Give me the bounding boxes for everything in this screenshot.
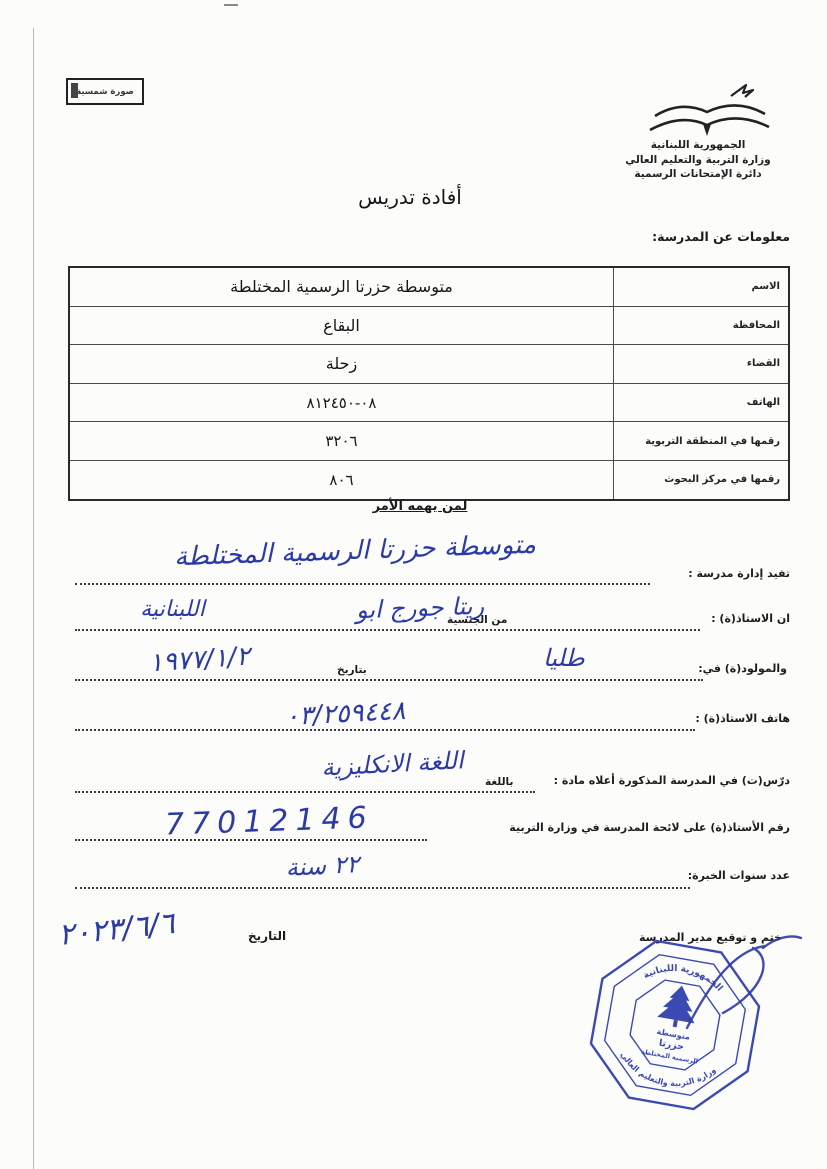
ministry-book-logo-icon [645,80,773,142]
handwritten-nationality: اللبنانية [105,597,240,622]
scan-artifact-dash [224,4,238,6]
table-row: القضاء زحلة [69,345,789,384]
handwritten-experience: ٢٢ سنة [214,846,430,885]
row-label-edu-zone-number: رقمها في المنطقة التربوية [614,422,790,461]
photo-box-label: صورة شمسية [76,87,134,97]
row-value-governorate: البقاع [69,306,614,345]
born-label: والمولود(ة) في: [698,662,787,675]
scanned-teaching-certificate: صورة شمسية الجمهورية اللبنانية وزارة الت… [0,0,827,1169]
handwritten-school-name: متوسطة حزرتا الرسمية المختلطة [150,529,561,573]
teacher-number-label: رقم الأستاذ(ة) على لائحة المدرسة في وزار… [509,821,790,834]
dotted-line [75,729,695,731]
logo-book-upper-curve [655,105,765,116]
date-label: التاريخ [248,929,286,943]
dotted-line [75,583,650,585]
concern-heading: لمن يهمه الأمر [325,499,515,514]
table-row: الهاتف ٠٨-٨١٢٤٥٠ [69,383,789,422]
scan-artifact-line [33,28,34,1169]
school-admin-label: تفيد إدارة مدرسة : [688,567,790,580]
table-row: رقمها في مركز البحوث ٨٠٦ [69,460,789,499]
school-info-table: الاسم متوسطة حزرتا الرسمية المختلطة المح… [68,266,790,501]
handwritten-teacher-number: 77012146 [164,800,374,842]
row-value-phone: ٠٨-٨١٢٤٥٠ [69,383,614,422]
header-line-ministry: وزارة التربية والتعليم العالي [598,153,798,168]
ministry-header: الجمهورية اللبنانية وزارة التربية والتعل… [598,138,798,182]
school-info-section-label: معلومات عن المدرسة: [652,229,790,244]
table-row: المحافظة البقاع [69,306,789,345]
photo-placeholder-box: صورة شمسية [66,78,144,105]
row-value-research-center-number: ٨٠٦ [69,460,614,499]
handwritten-phone: ٠٣/٢٥٩٤٤٨ [284,696,406,732]
row-label-governorate: المحافظة [614,306,790,345]
table-row: الاسم متوسطة حزرتا الرسمية المختلطة [69,267,789,306]
header-line-department: دائرة الإمتحانات الرسمية [598,167,798,182]
experience-label: عدد سنوات الخبرة: [688,869,790,882]
photo-box-ink-blob [71,83,78,98]
document-title: أفادة تدريس [290,185,530,209]
dotted-line [75,629,700,631]
subject-taught-label: درّس(ت) في المدرسة المذكورة أعلاه مادة : [554,774,790,787]
birthdate-print-label: بتاريخ [335,664,369,676]
logo-book-spine [703,124,711,136]
row-value-district: زحلة [69,345,614,384]
table-row: رقمها في المنطقة التربوية ٣٢٠٦ [69,422,789,461]
dotted-line [75,679,703,681]
teacher-label: ان الاستاذ(ة) : [711,612,790,625]
row-label-phone: الهاتف [614,383,790,422]
principal-signature [615,928,805,1068]
dotted-line [75,791,535,793]
row-value-name: متوسطة حزرتا الرسمية المختلطة [69,267,614,306]
handwritten-birthplace: طليا [543,644,585,672]
header-line-republic: الجمهورية اللبنانية [598,138,798,153]
logo-bird-icon [731,85,753,97]
handwritten-birthdate: ١٩٧٧/١/٢ [71,636,327,684]
language-print-label: باللغة [483,776,515,788]
handwritten-subject: اللغة الانكليزية [294,745,490,783]
row-value-edu-zone-number: ٣٢٠٦ [69,422,614,461]
row-label-name: الاسم [614,267,790,306]
teacher-phone-label: هاتف الاستاذ(ة) : [695,712,790,725]
row-label-district: القضاء [614,345,790,384]
handwritten-date: ٢٠٢٣/٦/٦ [56,906,176,953]
dotted-line [75,887,690,889]
row-label-research-center-number: رقمها في مركز البحوث [614,460,790,499]
